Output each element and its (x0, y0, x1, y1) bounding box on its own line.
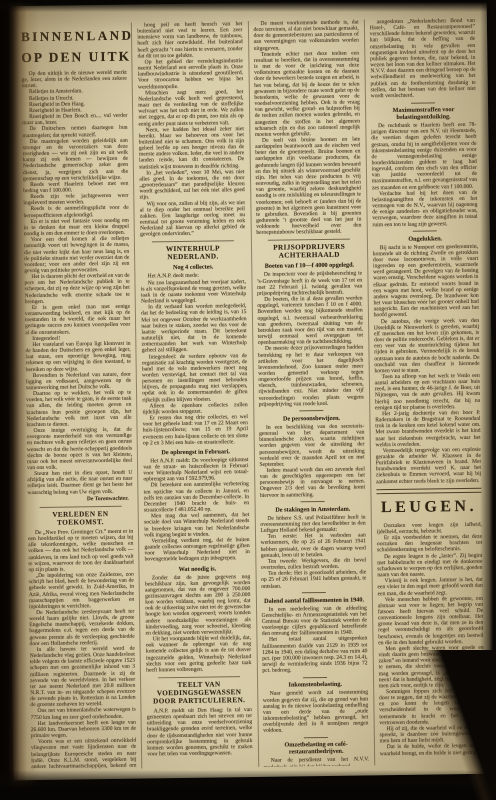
article-paragraph: Het 2-jarig dochtertje van den boer P. R… (375, 410, 481, 448)
columns-container: BINNENLAND.OP DEN UITKIJK.Op den uitkijk… (16, 18, 490, 770)
article-big-headline: LEUGEN. (376, 498, 481, 516)
article-subsubhead: Maximumstraffen voor belastingontduiking… (371, 106, 476, 121)
article-subsubhead: Omzetbelasting en café-restaurantbedrijv… (263, 741, 368, 756)
column-4: aangesloten „Nederlandschen Bond van Hot… (365, 18, 491, 766)
article-paragraph: Iedere maand wordt dan een zevende deel … (260, 466, 366, 498)
article-paragraph: Men geeft slechte waren voor goede en vi… (378, 645, 484, 690)
article-paragraph: hoog peil en heeft heusch van het buiten… (137, 21, 243, 59)
article-paragraph: In „het verleden”, voor 10 Mei, was niet… (139, 169, 245, 201)
article-paragraph: Vermoedelijk tengevolge van een explosie… (376, 447, 482, 485)
article-paragraph: Neen, we hadden het ideaal zeker niet be… (139, 126, 245, 171)
article-subhead: VERLEDEN EN TOEKOMST. (30, 510, 131, 527)
article-paragraph: Verdachte had bij het doen van de belast… (372, 190, 478, 228)
article-paragraph: A.N.P. meldt uit Den Haag: In tal van ge… (147, 707, 253, 758)
article-subsubhead: De stakingen in Amsterdam. (260, 505, 365, 513)
article-paragraph: Op het gebied der veredelingsindustrie n… (138, 58, 244, 90)
article-paragraph: De meest voorkomende methode is, dat dez… (253, 19, 359, 51)
article-paragraph: Die maatregelen worden geleidelijk aan s… (22, 137, 128, 182)
article-paragraph: Integendeel: de verdere opbouw van de or… (142, 353, 248, 404)
article-paragraph: De Nederlandsche zeesleepvaart heeft ter… (29, 609, 135, 647)
article-paragraph: Ten eerste: Het is verboden aan werkneme… (261, 533, 367, 559)
article-paragraph: Bij nacht is te Nunspeet een goederentre… (373, 243, 479, 318)
article-paragraph: De autobus, die vorige week van den IJss… (374, 317, 480, 374)
article-paragraph: De teelt van bruine boonen en late aarda… (255, 136, 362, 236)
article-subsubhead: Inkomstenbelasting. (263, 681, 368, 689)
article-paragraph: „De inpoldering van onze Zuiderzee, zoo … (29, 572, 135, 610)
newspaper-page: BINNENLAND.OP DEN UITKIJK.Op den uitkijk… (3, 0, 496, 780)
article-paragraph: Naar gemeld wordt zal toestemming worden… (263, 690, 369, 735)
article-paragraph: Uit het voorgaande blijkt wel duidelijk,… (146, 635, 252, 673)
separator-rule (302, 592, 326, 593)
article-paragraph: Vele menschen hebben de gewoonte, om als… (378, 595, 484, 646)
separator-rule-wide (39, 506, 121, 508)
article-paragraph: Het A.N.P. meldt: De voorloopige uitkoms… (143, 457, 249, 483)
article-paragraph: Het is daarom plicht der overheid en van… (24, 273, 130, 305)
article-signature: De Torenwachter. (27, 495, 128, 503)
article-paragraph: Sommigen foppen zich zelf en anderen, do… (379, 688, 485, 726)
article-paragraph: Nu zoo langzamerhand het voorjaar nadert… (141, 279, 247, 305)
article-subsubhead: De persoonsbewijzen. (259, 414, 364, 422)
article-paragraph: Ons net van binnenlandsche waterwegen is… (30, 707, 135, 721)
article-paragraph: Er zijn voorbeelden te noemen, dat deze … (377, 534, 482, 554)
article-headline: OP DEN UITKIJK. (21, 50, 126, 65)
article-subsubhead: Ongelukken. (373, 234, 478, 242)
article-subsubhead: Boeten van f 10—f 4000 opgelegd. (257, 262, 362, 270)
separator-rule (413, 231, 437, 232)
article-subsubhead: Nog 4 collectes. (140, 264, 245, 272)
article-paragraph: Toen na afloop van het werk te Venlo een… (375, 373, 481, 411)
separator-rule (301, 501, 325, 502)
article-paragraph: En er is niet veel fantasie voor noodig … (24, 217, 129, 237)
section-kicker: BINNENLAND. (21, 29, 126, 44)
article-paragraph: aangesloten „Nederlandschen Bond van Hot… (370, 18, 476, 99)
article-paragraph: In dit verband kan worden medegedeeld, d… (141, 303, 247, 354)
article-paragraph: De höhere S.S. und Polizeiführer heeft i… (260, 514, 365, 534)
article-paragraph: De rechtbank te Haarlem heeft een 78-jar… (371, 122, 477, 191)
separator-rule (303, 677, 327, 678)
article-paragraph: Bovendien is Nederland van nature, door … (26, 371, 131, 391)
column-1: BINNENLAND.OP DEN UITKIJK.Op den uitkijk… (16, 23, 143, 771)
separator-rule-wide (152, 241, 234, 243)
article-paragraph: Op den uitkijk in de nieuwe wereld merkt… (22, 70, 127, 90)
article-subhead: PRIJSOPDRIJVERS ACHTERHAALD (258, 243, 359, 260)
article-subsubhead: Wat noodig is. (145, 565, 250, 573)
article-paragraph: De boeten, die in al deze gevallen werde… (257, 296, 363, 347)
article-paragraph: In een beschikking van den secretaris-ge… (259, 423, 365, 468)
article-paragraph: Onze innige overtuiging is, dat de overg… (27, 427, 133, 472)
separator-rule (411, 102, 435, 103)
article-subsubhead: De opbrengst in Februari. (143, 448, 248, 456)
article-paragraph: Het vasteland van Europa ligt klemvast i… (25, 341, 131, 373)
article-paragraph: Zonder dat de juiste gegevens nog beschi… (145, 574, 251, 637)
article-paragraph: Dit beteekent een aanzienlijke verbeteri… (144, 481, 250, 513)
column-2: hoog peil en heeft heusch van het buiten… (132, 21, 259, 769)
separator-rule (304, 737, 328, 738)
article-paragraph: In een mededeeling van de afdeeling Gere… (262, 605, 368, 637)
double-separator-rule (376, 488, 481, 494)
article-paragraph: Naar de persdienst van het N.V.V. medede… (264, 757, 369, 767)
column-3: De meest voorkomende methode is, dat dez… (248, 19, 375, 767)
scanned-newspaper-photo: BINNENLAND.OP DEN UITKIJK.Op den uitkijk… (0, 0, 496, 800)
article-paragraph: De inspecteur voor de prijsbeheersching … (257, 271, 363, 297)
article-paragraph: Misschien zegt men: goed, het Nederlands… (138, 89, 244, 127)
separator-rule-wide (158, 676, 240, 678)
article-paragraph: Men mag dus wel aannemen, dat het social… (144, 512, 250, 538)
article-paragraph: Het totaal aantal uitgesproken faillisse… (262, 636, 368, 674)
article-paragraph: Vleierij is ook leugen. Jammer is het, d… (377, 577, 482, 597)
article-paragraph: Er resten dus nog drie collectes, en wel… (143, 414, 249, 446)
article-subhead: WINTERHULP NEDERLAND. (142, 245, 243, 262)
article-paragraph: Voor een deel komen al die relletjes nat… (24, 236, 130, 274)
article-subhead: TEELT VAN VOEDINGSGEWASSEN DOOR PARTICUL… (148, 680, 250, 705)
article-paragraph: Wij voor ons, zullen al blij zijn, als w… (140, 200, 246, 238)
article-paragraph: Steunt hen niet in dien opzet, houdt U a… (27, 470, 133, 496)
article-paragraph: Hij of zij, die de waarheid wil en waarh… (379, 725, 484, 745)
article-paragraph: Ten derde: Het is geoorloofd arbeiders, … (261, 570, 366, 590)
article-paragraph: Er is geen enkel man met eenige verantwo… (25, 304, 131, 336)
article-paragraph: Voorts was er een uitstekend ontwikkeld … (31, 738, 137, 770)
article-paragraph: Dat is de hulde, welke de leugen aan de … (380, 743, 485, 757)
article-paragraph: In alle havens ter wereld werd de Nederl… (30, 646, 136, 709)
article-paragraph: De ergste leugen is de „laster”. Zij beg… (377, 552, 483, 578)
article-subsubhead: Dalend aantal faillissementen in 1940. (261, 596, 366, 604)
article-paragraph: De „Nwe Prov. Groninger Crt.” meent er i… (28, 529, 134, 574)
article-paragraph: Vermelding verdient nog, dat de buiten g… (144, 537, 250, 563)
article-paragraph: Het landverkeersnet heeft een lengte van… (31, 719, 136, 739)
article-paragraph: Daartoe op te wekken, het volk op te voe… (26, 390, 132, 428)
separator-rule-wide (268, 239, 350, 241)
separator-rule (299, 410, 323, 411)
article-paragraph: De meeste dezer prijsovertredingen hadde… (258, 345, 364, 408)
article-paragraph: Teneinde echter met deze teelten een res… (254, 50, 360, 138)
